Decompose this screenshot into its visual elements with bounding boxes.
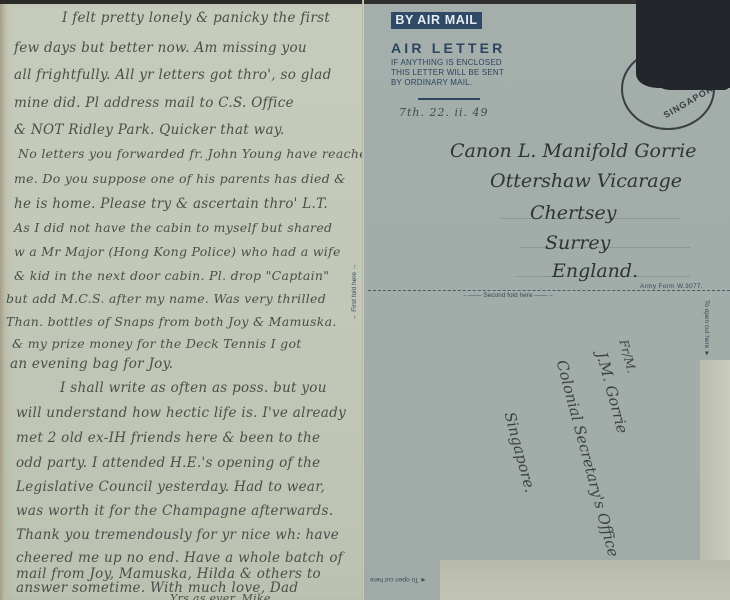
letter-line: & my prize money for the Deck Tennis I g… [12,336,302,351]
date-handwritten: 7th. 22. ii. 49 [399,106,489,119]
letter-line: mine did. Pl address mail to C.S. Office [14,95,294,111]
letter-line: met 2 old ex-IH friends here & been to t… [16,430,320,446]
letter-line: I felt pretty lonely & panicky the first [62,10,330,26]
address-line: Chertsey [530,202,616,224]
letter-line: all frightfully. All yr letters got thro… [14,67,332,83]
air-letter-title: AIR LETTER [391,40,505,56]
letter-line: will understand how hectic life is. I've… [16,405,346,421]
address-line: Canon L. Manifold Gorrie [450,140,696,162]
second-fold-label: ←—— Second fold here ——→ [462,292,554,299]
second-fold-line [368,290,730,291]
letter-line: cheered me up no end. Have a whole batch… [16,550,343,566]
address-line: England. [552,260,638,282]
by-air-mail-badge: BY AIR MAIL [391,12,482,29]
letter-line: few days but better now. Am missing you [14,40,307,56]
letter-line: an evening bag for Joy. [10,356,173,372]
notice-line: IF ANYTHING IS ENCLOSED [391,58,511,68]
letter-line: Legislative Council yesterday. Had to we… [16,479,325,495]
letter-line: he is home. Please try & ascertain thro'… [14,196,328,212]
letter-line: I shall write as often as poss. but you [60,380,327,396]
army-form-number: Army Form W.3077. [640,283,703,290]
open-cut-label-bottom: ◄ To open cut here [370,576,427,583]
notice-line: THIS LETTER WILL BE SENT [391,68,511,78]
paper-edge-top [364,0,636,4]
letter-line: Thank you tremendously for yr nice wh: h… [16,527,339,543]
paper-flap [440,560,730,600]
air-letter-document: I felt pretty lonely & panicky the first… [0,0,730,600]
torn-stamp-area [650,60,730,90]
letter-line: was worth it for the Champagne afterward… [16,503,333,519]
address-line: Surrey [545,232,610,254]
letter-line: odd party. I attended H.E.'s opening of … [16,455,320,471]
notice-line: BY ORDINARY MAIL. [391,78,511,88]
divider-rule [418,98,480,100]
letter-line: me. Do you suppose one of his parents ha… [14,171,346,186]
open-cut-label: To open cut here ► [703,300,710,357]
address-line: Ottershaw Vicarage [490,170,682,192]
letter-line: & NOT Ridley Park. Quicker that way. [14,122,285,138]
first-fold-label: ← First fold here → [351,264,358,320]
letter-line: but add M.C.S. after my name. Was very t… [6,291,326,306]
letter-line: No letters you forwarded fr. John Young … [18,146,375,161]
letter-signoff: Yrs as ever, Mike [170,592,271,600]
letter-line: As I did not have the cabin to myself bu… [14,220,332,235]
letter-line: w a Mr Major (Hong Kong Police) who had … [14,244,341,259]
letter-line: Than. bottles of Snaps from both Joy & M… [6,314,337,329]
letter-line: & kid in the next door cabin. Pl. drop "… [14,268,329,283]
enclosure-notice: IF ANYTHING IS ENCLOSED THIS LETTER WILL… [391,58,511,88]
